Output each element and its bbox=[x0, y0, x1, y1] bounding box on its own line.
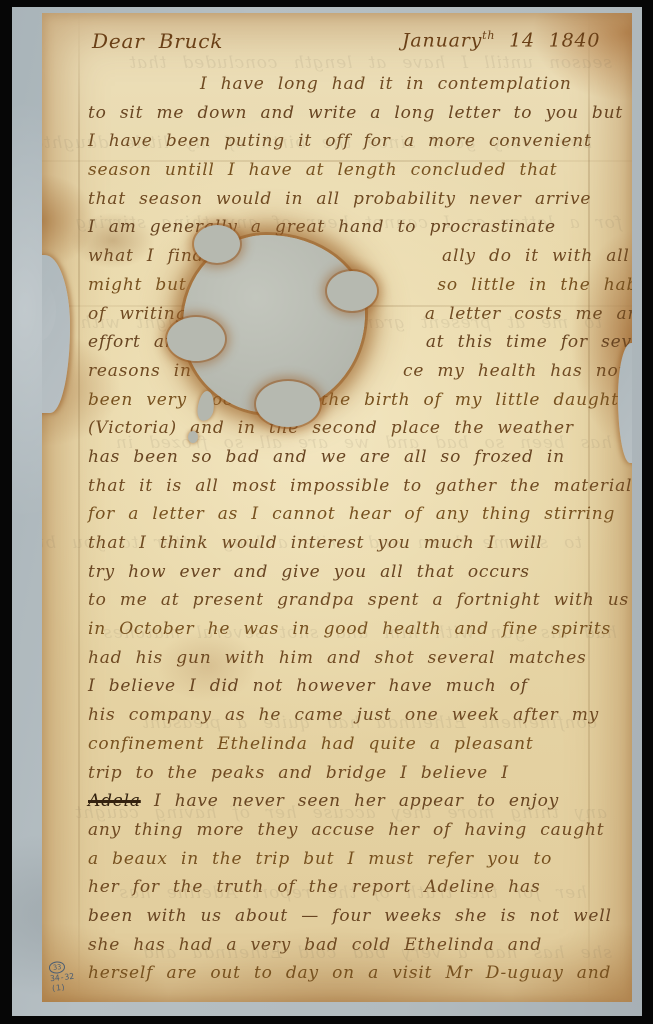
letter-line: try how ever and give you all that occur… bbox=[88, 558, 628, 587]
letter-line: has been so bad and we are all so frozed… bbox=[88, 443, 628, 472]
letter-line: any thing more they accuse her of having… bbox=[88, 816, 628, 845]
letter-line: in October he was in good health and fin… bbox=[88, 615, 628, 644]
paper-hole-scallop bbox=[167, 317, 225, 361]
salutation: Dear Bruck bbox=[92, 29, 223, 53]
letter-line: I believe I did not however have much of bbox=[88, 672, 628, 701]
letter-line: I have been puting it off for a more con… bbox=[88, 127, 628, 156]
letter-line: I have long had it in contemplation bbox=[88, 70, 628, 99]
scan-frame: season untill I have at length concluded… bbox=[0, 0, 653, 1024]
letter-paper: season untill I have at length concluded… bbox=[42, 13, 632, 1002]
letter-line: been very good since the birth of my lit… bbox=[88, 386, 628, 415]
date-month: January bbox=[402, 29, 482, 51]
letter-line: that I think would interest you much I w… bbox=[88, 529, 628, 558]
struck-word: Adela bbox=[88, 791, 141, 811]
letter-line: to me at present grandpa spent a fortnig… bbox=[88, 586, 628, 615]
letter-body: I have long had it in contemplation to s… bbox=[88, 70, 628, 988]
archival-page: (1) bbox=[51, 982, 76, 994]
letter-line: I am generally a great hand to procrasti… bbox=[88, 213, 628, 242]
letter-line-struck: Adela I have never seen her appear to en… bbox=[88, 787, 628, 816]
letter-line: season untill I have at length concluded… bbox=[88, 156, 628, 185]
date-day-year: 14 1840 bbox=[509, 29, 600, 51]
letter-line: his company as he came just one week aft… bbox=[88, 701, 628, 730]
letter-line: herself are out to day on a visit Mr D-u… bbox=[88, 959, 628, 988]
letter-line: reasons in ce my health has not bbox=[88, 357, 628, 386]
letter-line: for a letter as I cannot hear of any thi… bbox=[88, 500, 628, 529]
letter-line: her for the truth of the report Adeline … bbox=[88, 873, 628, 902]
letter-line: I have never seen her appear to enjoy bbox=[141, 791, 559, 811]
letter-line: that season would in all probability nev… bbox=[88, 185, 628, 214]
date-superscript: th bbox=[482, 29, 495, 42]
letter-line: had his gun with him and shot several ma… bbox=[88, 644, 628, 673]
letter-line: been with us about — four weeks she is n… bbox=[88, 902, 628, 931]
paper-hole-scallop bbox=[194, 225, 240, 263]
letter-line: a beaux in the trip but I must refer you… bbox=[88, 845, 628, 874]
letter-line: trip to the peaks and bridge I believe I bbox=[88, 759, 628, 788]
paper-hole-scallop bbox=[256, 381, 320, 427]
letter-line: she has had a very bad cold Ethelinda an… bbox=[88, 931, 628, 960]
letter-line: confinement Ethelinda had quite a pleasa… bbox=[88, 730, 628, 759]
letter-line: that it is all most impossible to gather… bbox=[88, 472, 628, 501]
paper-nick bbox=[188, 431, 198, 443]
letter-line: (Victoria) and in the second place the w… bbox=[88, 414, 628, 443]
archival-mark: 33 34-32 (1) bbox=[48, 960, 75, 994]
paper-hole-scallop bbox=[327, 271, 377, 311]
dateline: Januaryth 14 1840 bbox=[402, 29, 600, 51]
letter-line: to sit me down and write a long letter t… bbox=[88, 99, 628, 128]
letter-line: what I find ally do it with all my bbox=[88, 242, 628, 271]
